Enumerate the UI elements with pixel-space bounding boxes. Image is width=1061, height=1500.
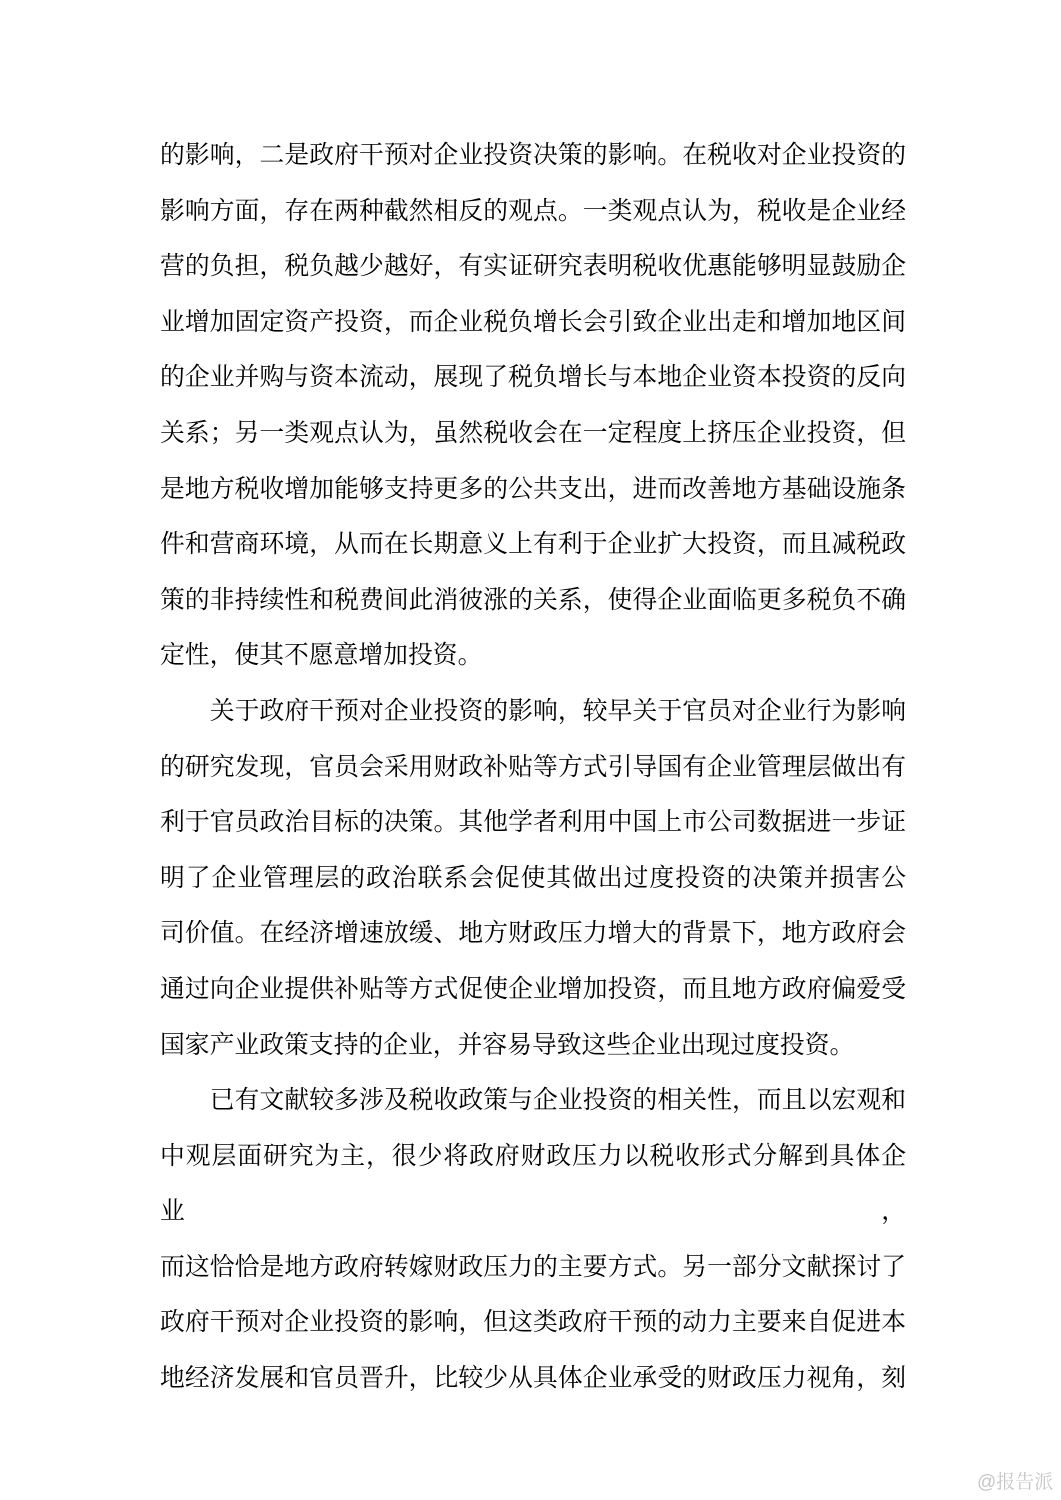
text-line: 件和营商环境，从而在长期意义上有利于企业扩大投资，而且减税政	[160, 517, 906, 573]
text-line: 利于官员政治目标的决策。其他学者利用中国上市公司数据进一步证	[160, 795, 906, 851]
paragraph: 已有文献较多涉及税收政策与企业投资的相关性，而且以宏观和中观层面研究为主，很少将…	[160, 1073, 906, 1407]
text-line: 而这恰恰是地方政府转嫁财政压力的主要方式。另一部分文献探讨了	[160, 1240, 906, 1296]
text-line: 影响方面，存在两种截然相反的观点。一类观点认为，税收是企业经	[160, 184, 906, 240]
page-background: 的影响，二是政府干预对企业投资决策的影响。在税收对企业投资的影响方面，存在两种截…	[0, 0, 1061, 1500]
text-line: 的企业并购与资本流动，展现了税负增长与本地企业资本投资的反向	[160, 350, 906, 406]
text-line: 定性，使其不愿意增加投资。	[160, 628, 906, 684]
text-line: 国家产业政策支持的企业，并容易导致这些企业出现过度投资。	[160, 1018, 906, 1074]
text-line: 明了企业管理层的政治联系会促使其做出过度投资的决策并损害公	[160, 851, 906, 907]
text-line: 的研究发现，官员会采用财政补贴等方式引导国有企业管理层做出有	[160, 740, 906, 796]
text-line: 已有文献较多涉及税收政策与企业投资的相关性，而且以宏观和	[160, 1073, 906, 1129]
text-line: 策的非持续性和税费间此消彼涨的关系，使得企业面临更多税负不确	[160, 573, 906, 629]
text-line: 业增加固定资产投资，而企业税负增长会引致企业出走和增加地区间	[160, 295, 906, 351]
text-line: 营的负担，税负越少越好，有实证研究表明税收优惠能够明显鼓励企	[160, 239, 906, 295]
text-line: 通过向企业提供补贴等方式促使企业增加投资，而且地方政府偏爱受	[160, 962, 906, 1018]
document-page: { "page": { "background_color": "#ffffff…	[0, 0, 1061, 1500]
watermark: @报告派	[977, 1472, 1053, 1494]
text-line: 政府干预对企业投资的影响，但这类政府干预的动力主要来自促进本	[160, 1295, 906, 1351]
text-line: 中观层面研究为主，很少将政府财政压力以税收形式分解到具体企业，	[160, 1129, 906, 1240]
text-line: 关于政府干预对企业投资的影响，较早关于官员对企业行为影响	[160, 684, 906, 740]
paragraph: 的影响，二是政府干预对企业投资决策的影响。在税收对企业投资的影响方面，存在两种截…	[160, 128, 906, 684]
document-body: 的影响，二是政府干预对企业投资决策的影响。在税收对企业投资的影响方面，存在两种截…	[160, 128, 906, 1407]
text-line: 的影响，二是政府干预对企业投资决策的影响。在税收对企业投资的	[160, 128, 906, 184]
text-line: 司价值。在经济增速放缓、地方财政压力增大的背景下，地方政府会	[160, 906, 906, 962]
text-line: 关系；另一类观点认为，虽然税收会在一定程度上挤压企业投资，但	[160, 406, 906, 462]
text-line: 是地方税收增加能够支持更多的公共支出，进而改善地方基础设施条	[160, 462, 906, 518]
paragraph: 关于政府干预对企业投资的影响，较早关于官员对企业行为影响的研究发现，官员会采用财…	[160, 684, 906, 1073]
text-line: 地经济发展和官员晋升，比较少从具体企业承受的财政压力视角，刻	[160, 1351, 906, 1407]
